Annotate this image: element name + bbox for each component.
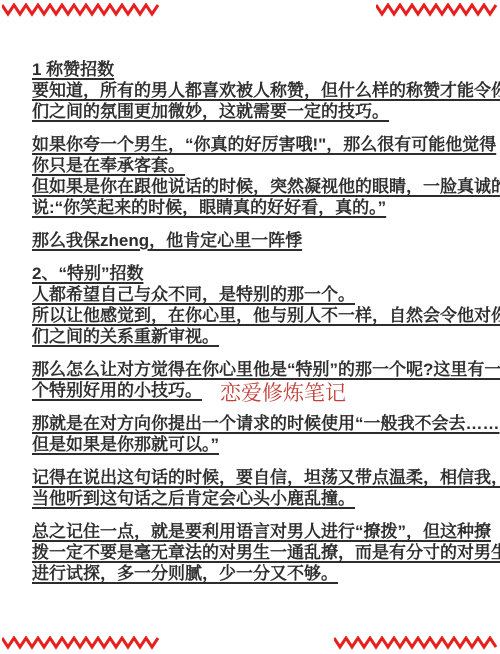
text-line: 如果你夸一个男生，“你真的好厉害哦!"，那么很有可能他觉得 <box>32 134 482 155</box>
paragraph-guarantee: 那么我保zheng，他肯定心里一阵悸 <box>32 230 482 251</box>
zigzag-line <box>2 638 158 647</box>
paragraph-praise-example: 如果你夸一个男生，“你真的好厉害哦!"，那么很有可能他觉得 你只是在奉承客套。 … <box>32 134 482 218</box>
text-line: 所以让他感觉到，在你心里，他与别人不一样，自然会令他对你 <box>32 305 482 326</box>
paragraph-praise-intro: 1 称赞招数 要知道，所有的男人都喜欢被人称赞，但什么样的称赞才能令你 们之间的… <box>32 59 482 122</box>
paragraph-special-intro: 2、“特别”招数 人都希望自己与众不同，是特别的那一个。 所以让他感觉到，在你心… <box>32 263 482 347</box>
zigzag-line <box>2 5 158 14</box>
paragraph-confidence-tip: 记得在说出这句话的时候，要自信，坦荡又带点温柔，相信我， 当他听到这句话之后肯定… <box>32 467 482 509</box>
watermark-text: 恋爱修炼笔记 <box>220 383 346 405</box>
corner-zigzag-top-right-icon <box>376 3 498 17</box>
corner-zigzag-bottom-left-icon <box>2 636 160 650</box>
text-line: 说:“你笑起来的时候，眼睛真的好好看，真的。” <box>32 197 482 218</box>
zigzag-line <box>376 5 496 14</box>
text-line: 你只是在奉承客套。 <box>32 155 482 176</box>
text-line: 们之间的氛围更加微妙，这就需要一定的技巧。 <box>32 101 482 122</box>
corner-zigzag-top-left-icon <box>2 3 160 17</box>
zigzag-line <box>334 638 496 647</box>
text-column: 1 称赞招数 要知道，所有的男人都喜欢被人称赞，但什么样的称赞才能令你 们之间的… <box>32 59 482 596</box>
section-title: 2、“特别”招数 <box>32 263 482 284</box>
section-title: 1 称赞招数 <box>32 59 482 80</box>
text-line: 那么我保zheng，他肯定心里一阵悸 <box>32 230 482 251</box>
text-line: 记得在说出这句话的时候，要自信，坦荡又带点温柔，相信我， <box>32 467 482 488</box>
text-line: 但是如果是你那就可以。” <box>32 434 482 455</box>
paragraph-summary: 总之记住一点，就是要利用语言对男人进行“撩拨”，但这种撩 拨一定不要是毫无章法的… <box>32 521 482 584</box>
text-line: 人都希望自己与众不同，是特别的那一个。 <box>32 284 482 305</box>
text-line: 进行试探，多一分则腻，少一分又不够。 <box>32 563 482 584</box>
text-line: 当他听到这句话之后肯定会心头小鹿乱撞。 <box>32 488 482 509</box>
text-line: 要知道，所有的男人都喜欢被人称赞，但什么样的称赞才能令你 <box>32 80 482 101</box>
paragraph-special-trick: 那就是在对方向你提出一个请求的时候使用“一般我不会去…… 但是如果是你那就可以。… <box>32 413 482 455</box>
note-page: 1 称赞招数 要知道，所有的男人都喜欢被人称赞，但什么样的称赞才能令你 们之间的… <box>0 0 500 654</box>
text-line: 拨一定不要是毫无章法的对男生一通乱撩，而是有分寸的对男生 <box>32 542 482 563</box>
text-line: 总之记住一点，就是要利用语言对男人进行“撩拨”，但这种撩 <box>32 521 482 542</box>
corner-zigzag-bottom-right-icon <box>334 636 498 650</box>
text-line: 们之间的关系重新审视。 <box>32 326 482 347</box>
text-line: 那就是在对方向你提出一个请求的时候使用“一般我不会去…… <box>32 413 482 434</box>
text-line: 但如果是你在跟他说话的时候，突然凝视他的眼睛，一脸真诚的 <box>32 176 482 197</box>
text-line: 那么怎么让对方觉得在你心里他是“特别”的那一个呢?这里有一 <box>32 359 482 380</box>
